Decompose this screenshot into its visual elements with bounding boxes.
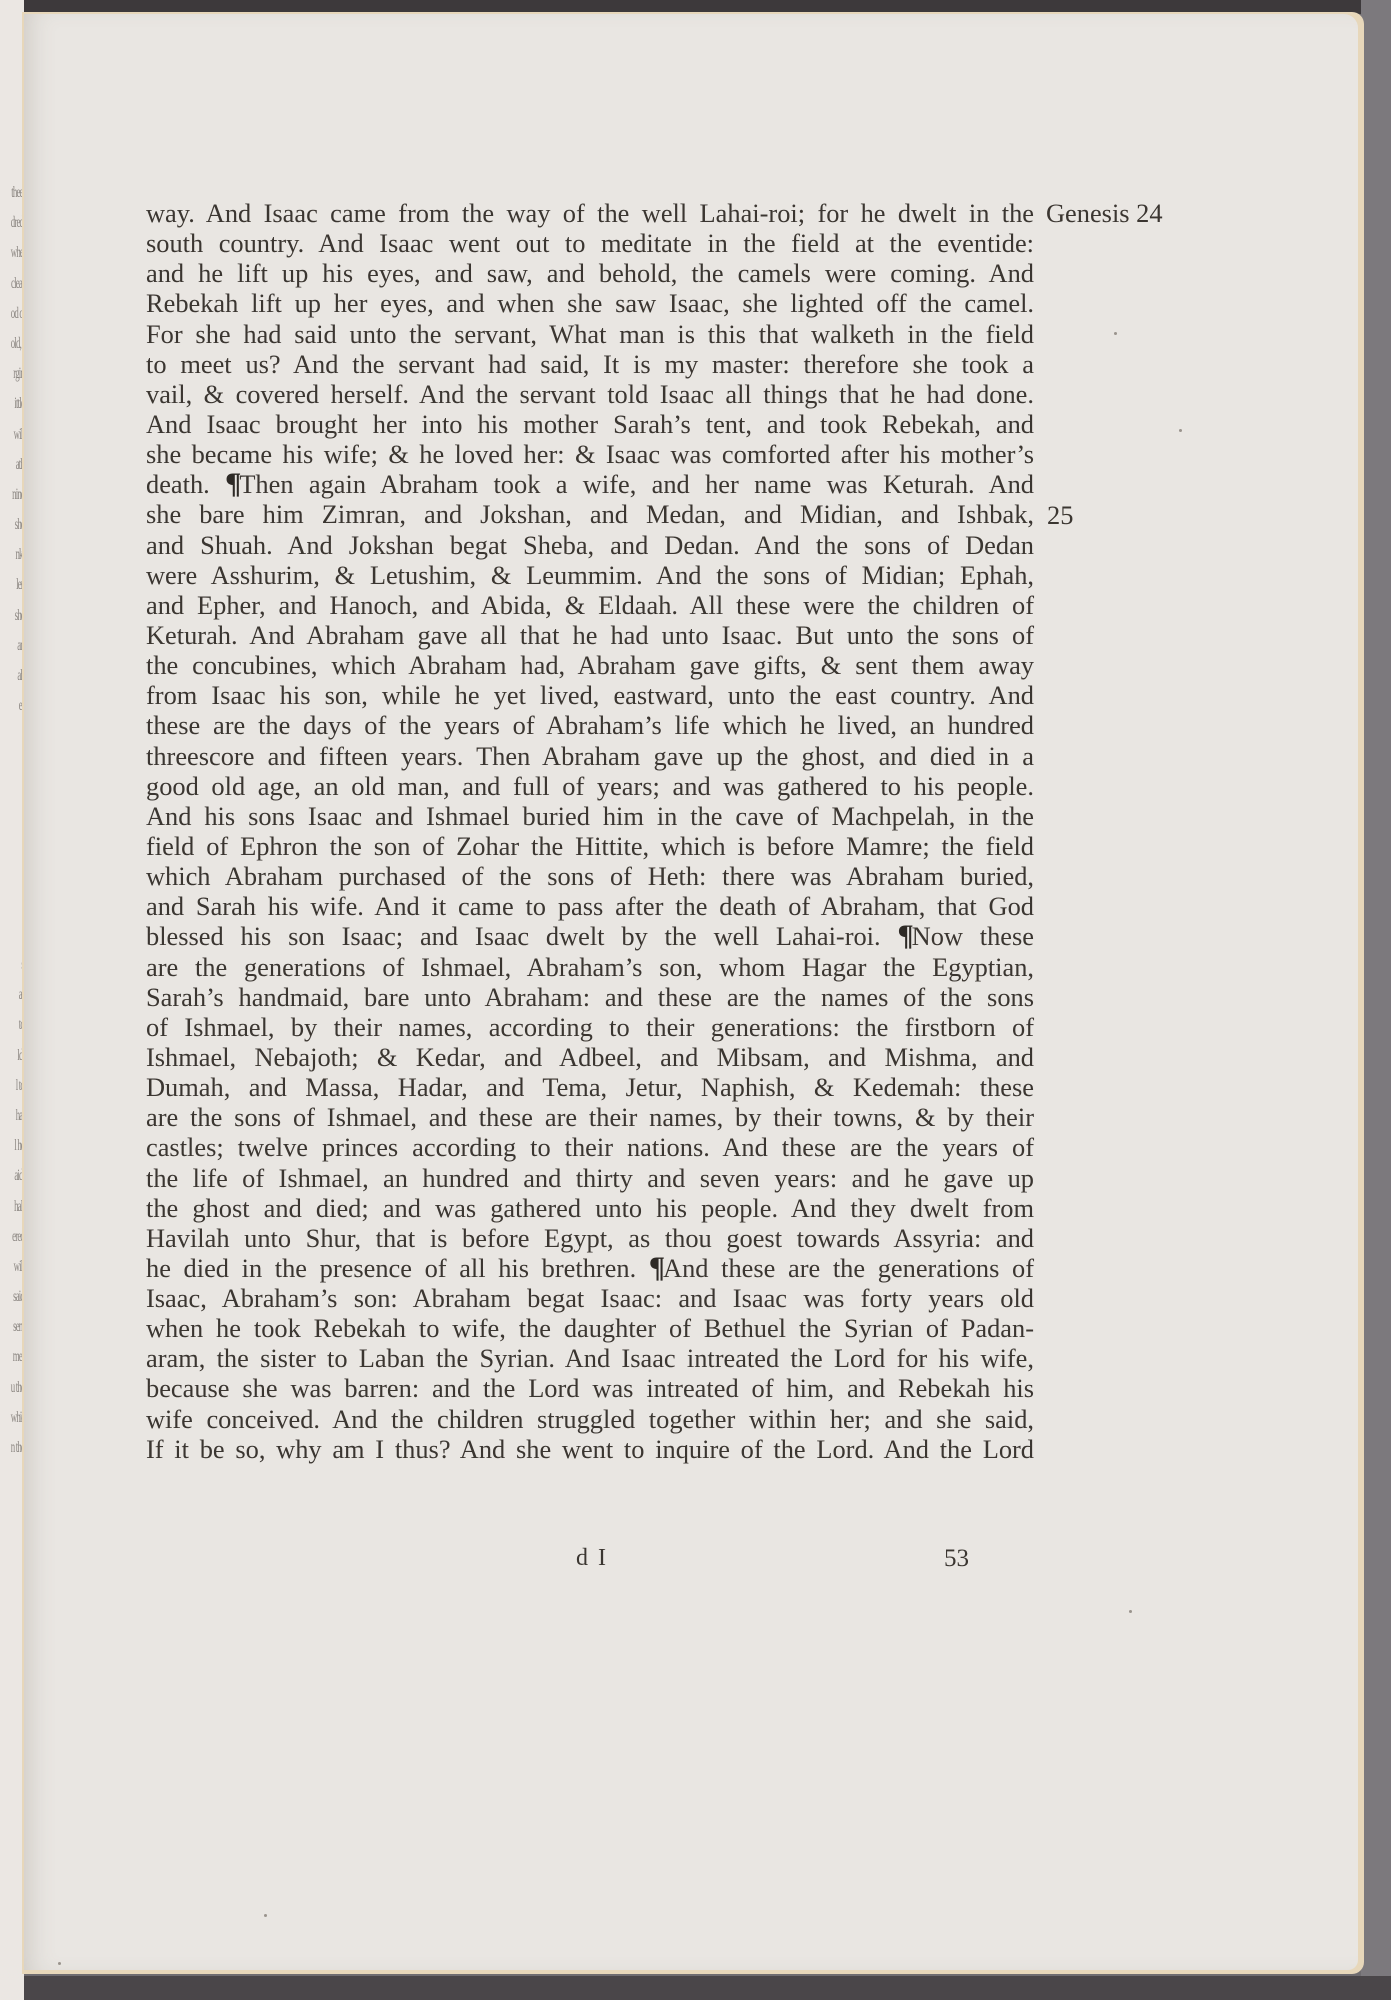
text-line: which Abraham purchased of the sons of H… (146, 861, 1034, 891)
text-line: from Isaac his son, while he yet lived, … (146, 680, 1034, 710)
text-line: south country. And Isaac went out to med… (146, 228, 1034, 258)
text-line: she bare him Zimran, and Jokshan, and Me… (146, 499, 1034, 529)
pilcrow-icon: ¶ (225, 467, 239, 500)
text-segment: Then again Abraham took a wife, and her … (239, 469, 1034, 499)
text-line: For she had said unto the servant, What … (146, 319, 1034, 349)
text-line: Rebekah lift up her eyes, and when she s… (146, 288, 1034, 318)
backdrop-right (1361, 0, 1391, 2000)
paper-speck (1179, 429, 1182, 432)
text-line: Keturah. And Abraham gave all that he ha… (146, 620, 1034, 650)
text-line: when he took Rebekah to wife, the daught… (146, 1313, 1034, 1343)
text-line: castles; twelve princes according to the… (146, 1132, 1034, 1162)
text-line-with-pilcrow: blessed his son Isaac; and Isaac dwelt b… (146, 921, 1034, 951)
text-line: were Asshurim, & Letushim, & Leummim. An… (146, 560, 1034, 590)
signature-mark: d I (576, 1545, 608, 1572)
text-line: good old age, an old man, and full of ye… (146, 771, 1034, 801)
chapter-number-marker: 25 (1047, 500, 1073, 530)
text-line: of Ishmael, by their names, according to… (146, 1012, 1034, 1042)
text-line-with-pilcrow: he died in the presence of all his breth… (146, 1253, 1034, 1283)
text-line: the life of Ishmael, an hundred and thir… (146, 1163, 1034, 1193)
page-number: 53 (944, 1545, 969, 1573)
text-line: If it be so, why am I thus? And she went… (146, 1434, 1034, 1464)
text-line: she became his wife; & he loved her: & I… (146, 439, 1034, 469)
text-line: and Sarah his wife. And it came to pass … (146, 891, 1034, 921)
body-text: way. And Isaac came from the way of the … (146, 198, 1034, 1464)
text-segment: death. (146, 469, 210, 499)
pilcrow-icon: ¶ (649, 1251, 663, 1284)
text-line: threescore and fifteen years. Then Abrah… (146, 741, 1034, 771)
text-line: are the sons of Ishmael, and these are t… (146, 1102, 1034, 1132)
running-head: Genesis 24 (1046, 198, 1163, 228)
text-line: And Isaac brought her into his mother Sa… (146, 409, 1034, 439)
paper-speck (1114, 332, 1117, 335)
text-line-with-pilcrow: death. ¶Then again Abraham took a wife, … (146, 469, 1034, 499)
text-line: the ghost and died; and was gathered unt… (146, 1193, 1034, 1223)
text-line: and he lift up his eyes, and saw, and be… (146, 258, 1034, 288)
text-line: these are the days of the years of Abrah… (146, 710, 1034, 740)
text-line: Ishmael, Nebajoth; & Kedar, and Adbeel, … (146, 1042, 1034, 1072)
text-line: way. And Isaac came from the way of the … (146, 198, 1034, 228)
book-cover-band-bottom (20, 1976, 1391, 2000)
text-line: and Epher, and Hanoch, and Abida, & Elda… (146, 590, 1034, 620)
text-segment: And these are the generations of (663, 1253, 1034, 1283)
text-line: Sarah’s handmaid, bare unto Abraham: and… (146, 982, 1034, 1012)
running-head-label: Genesis 24 (1046, 198, 1163, 228)
chapter-number: 25 (1047, 500, 1073, 530)
text-line: aram, the sister to Laban the Syrian. An… (146, 1343, 1034, 1373)
paper-speck (1129, 1610, 1132, 1613)
text-line: Dumah, and Massa, Hadar, and Tema, Jetur… (146, 1072, 1034, 1102)
text-line: because she was barren: and the Lord was… (146, 1373, 1034, 1403)
facing-page-edge: thee, dred, when clear od of old, I rgin… (0, 0, 24, 2000)
pilcrow-icon: ¶ (897, 919, 911, 952)
text-line: and Shuah. And Jokshan begat Sheba, and … (146, 530, 1034, 560)
text-segment: blessed his son Isaac; and Isaac dwelt b… (146, 921, 881, 951)
text-segment: Now these (912, 921, 1034, 951)
text-line: the concubines, which Abraham had, Abrah… (146, 650, 1034, 680)
paper-speck (58, 1962, 61, 1965)
text-line: Havilah unto Shur, that is before Egypt,… (146, 1223, 1034, 1253)
text-line: wife conceived. And the children struggl… (146, 1404, 1034, 1434)
text-line: vail, & covered herself. And the servant… (146, 379, 1034, 409)
text-line: to meet us? And the servant had said, It… (146, 349, 1034, 379)
paper-speck (264, 1914, 267, 1917)
text-line: are the generations of Ishmael, Abraham’… (146, 952, 1034, 982)
text-line: And his sons Isaac and Ishmael buried hi… (146, 801, 1034, 831)
text-line: field of Ephron the son of Zohar the Hit… (146, 831, 1034, 861)
text-segment: he died in the presence of all his breth… (146, 1253, 636, 1283)
text-line: Isaac, Abraham’s son: Abraham begat Isaa… (146, 1283, 1034, 1313)
